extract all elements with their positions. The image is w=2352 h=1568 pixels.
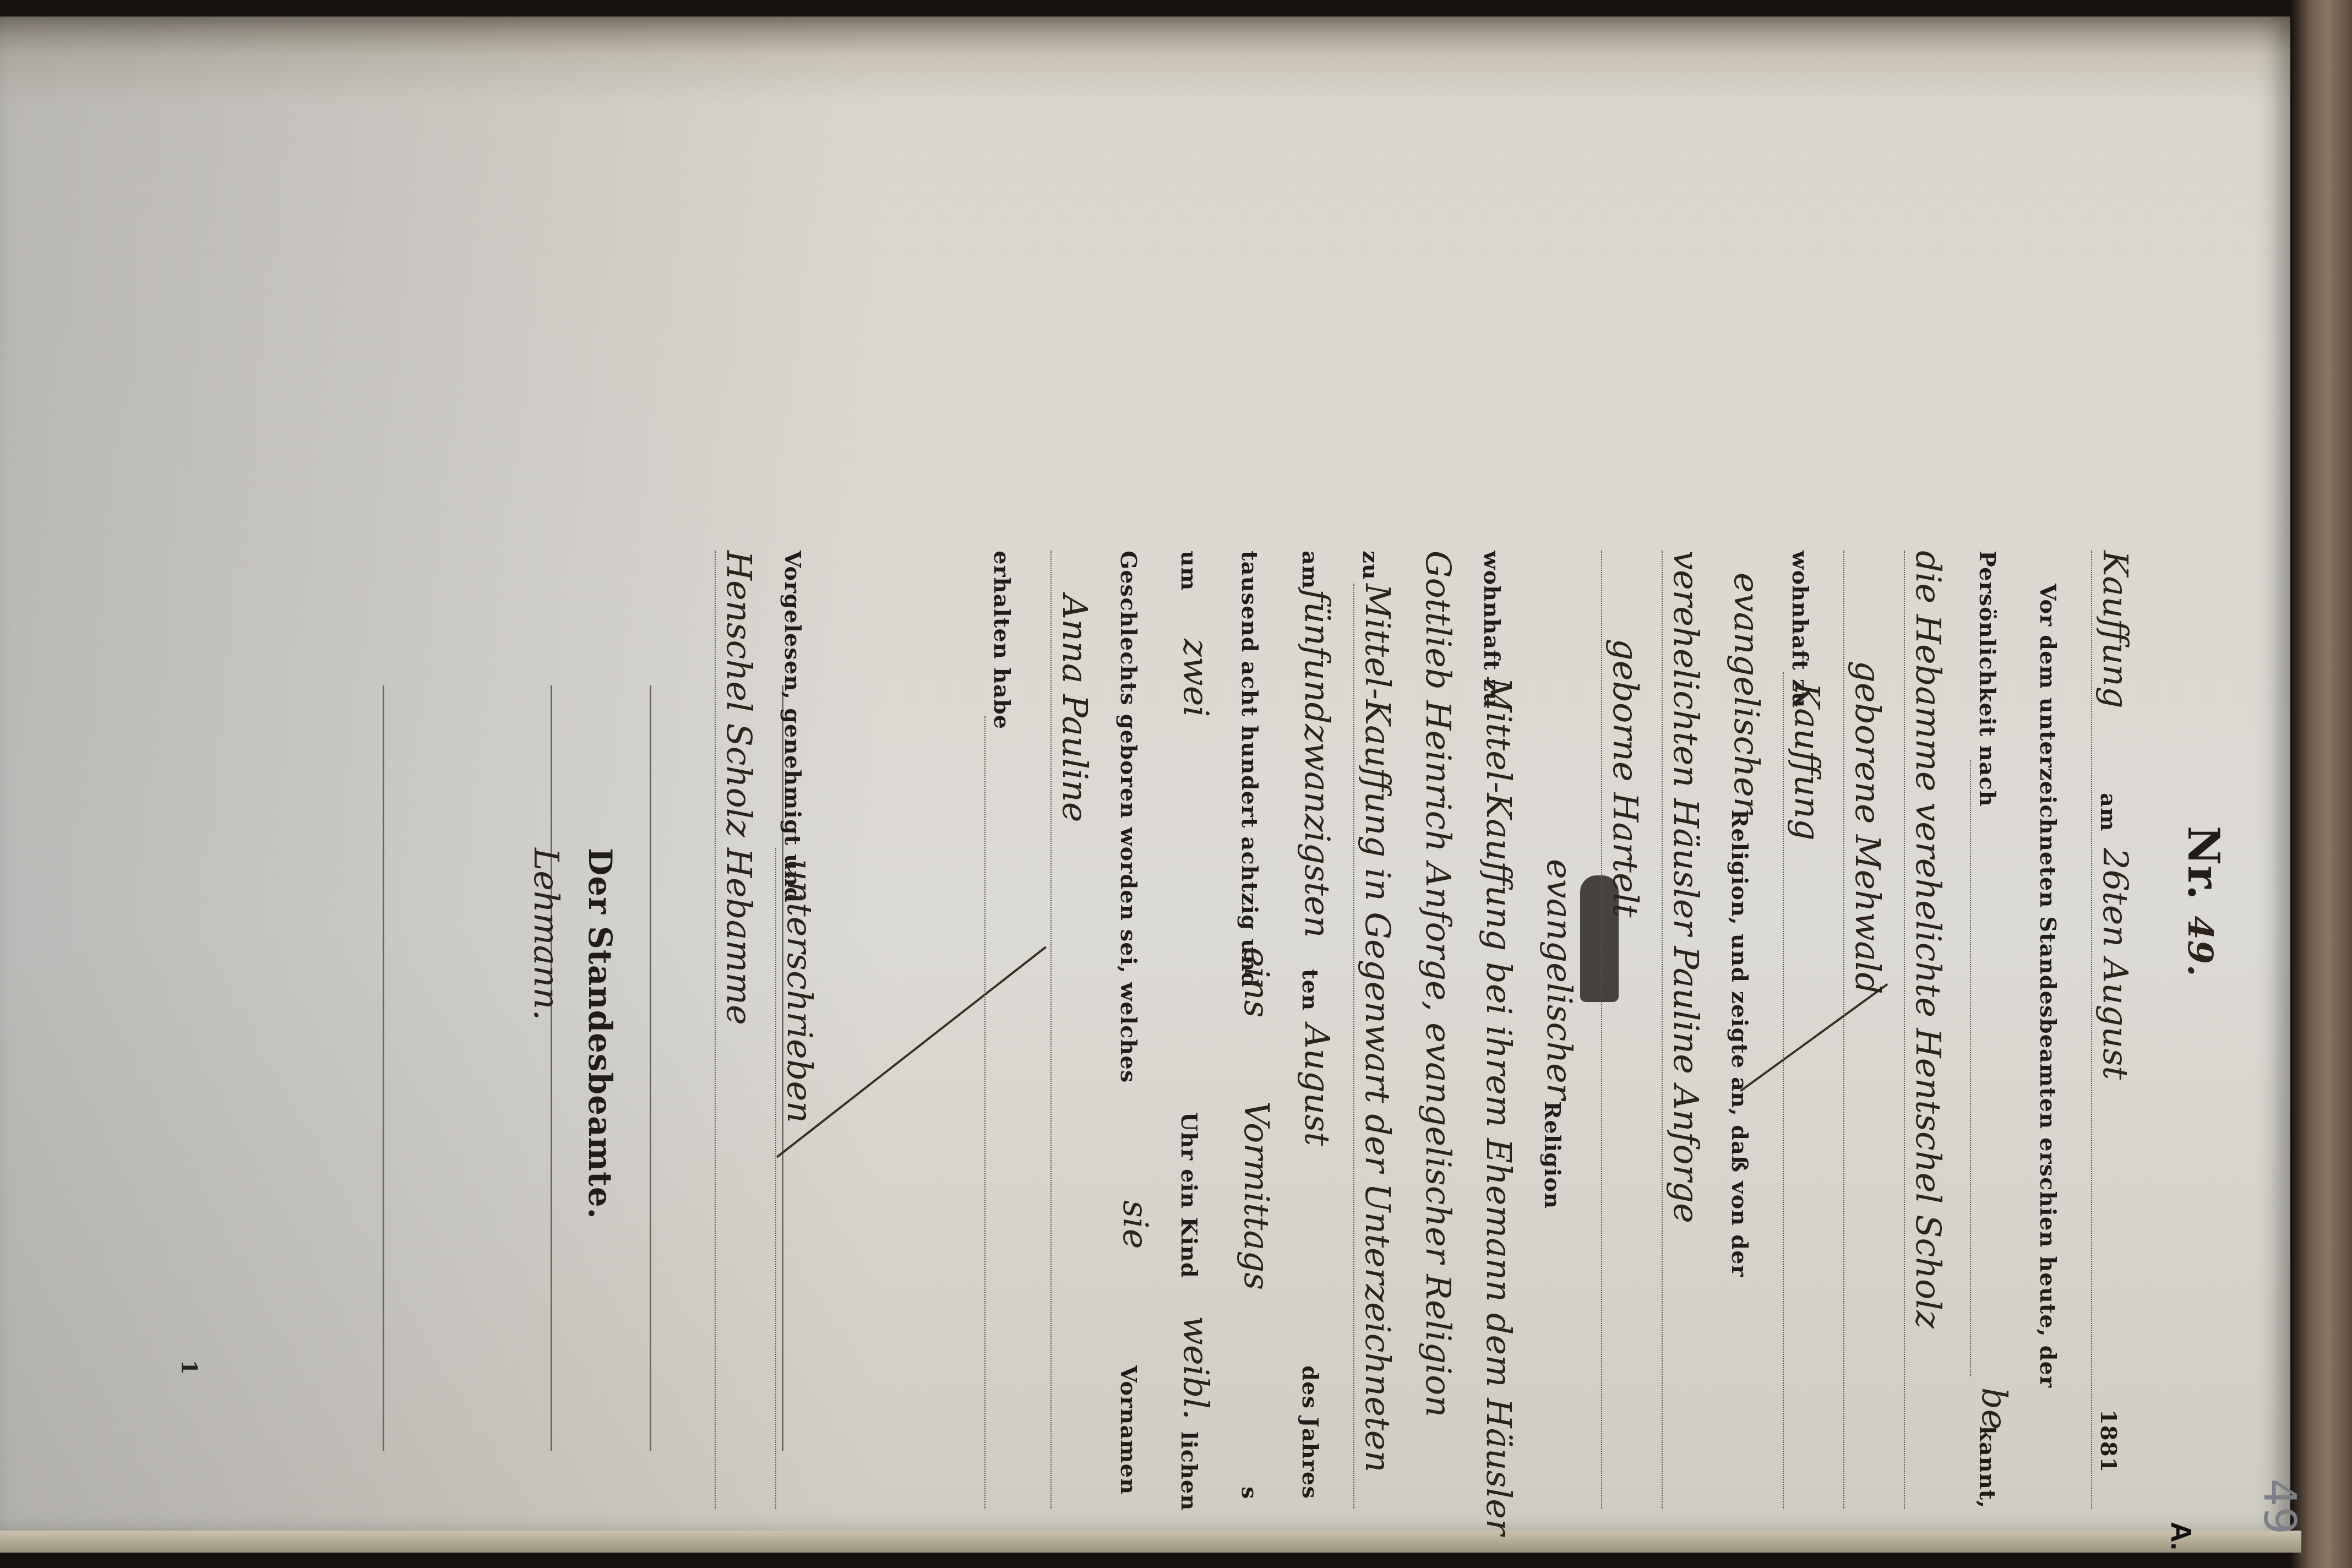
form-line-received: erhalten habe: [974, 551, 1035, 1509]
birth-record-form: Nr. 49. Kauffung am 26ten August 1881 Vo…: [352, 551, 2224, 1509]
pencil-folio-number: 49: [2254, 1479, 2305, 1535]
form-line-residence-2: wohnhaft zu Mittel-Kauffung bei ihrem Eh…: [1464, 551, 1525, 1509]
hand-child-name: Anna Pauline: [1055, 595, 1095, 822]
page-edge: [0, 1531, 2301, 1553]
form-line-religion-1: evangelischer Religion, und zeigte an, d…: [1712, 551, 1773, 1509]
form-line-birth-time: um zwei Uhr ein Kind weibl. lichen: [1162, 551, 1222, 1509]
form-line-read-approved: Vorgelesen, genehmigt und unterschrieben: [765, 551, 826, 1509]
hand-date: 26ten August: [2095, 848, 2136, 1080]
form-line-mother-maiden: geborne Hartelt: [1591, 551, 1652, 1509]
form-line-residence: wohnhaft zu Kauffung: [1773, 551, 1833, 1509]
form-line-informant-signature: Henschel Scholz Hebamme: [705, 551, 765, 1509]
form-line-intro: Vor dem unterzeichneten Standesbeamten e…: [2021, 551, 2081, 1509]
print-am: am: [2095, 793, 2121, 831]
form-line-place-presence: zu Mittel-Kauffung in Gegenwart der Unte…: [1343, 551, 1404, 1509]
form-line-informant: die Hebamme verehelichte Hentschel Schol…: [1894, 551, 1954, 1509]
official-title: Der Standesbeamte.: [581, 848, 619, 1219]
form-line-sex: Geschlechts geboren worden sei, welches …: [1101, 551, 1162, 1509]
form-line-birth-year: tausend acht hundert achtzig und eins Vo…: [1222, 551, 1283, 1509]
form-line-birth-date: am fünfundzwanzigsten ten August des Jah…: [1283, 551, 1343, 1509]
official-signature-line: Lehmann.: [512, 551, 573, 1509]
entry-prefix: Nr.: [2178, 826, 2228, 900]
form-line-religion-2: evangelischer Religion: [1525, 551, 1586, 1509]
hand-place: Kauffung: [2095, 551, 2136, 709]
form-line-father: Gottlieb Heinrich Anforge, evangelischer…: [1404, 551, 1464, 1509]
hand-informant-signature: Henschel Scholz Hebamme: [719, 551, 759, 1025]
page-number: 1: [176, 1360, 202, 1375]
official-block: Der Standesbeamte.: [567, 551, 628, 1509]
official-signature: Lehmann.: [526, 848, 567, 1020]
form-line-child-name: Anna Pauline: [1041, 551, 1101, 1509]
print-year: 1881: [2095, 1409, 2121, 1473]
form-line-identity: Persönlichkeit nach be kannt,: [1960, 551, 2021, 1509]
form-line-place-date: Kauffung am 26ten August 1881: [2081, 551, 2142, 1509]
hand-mother: verehelichten Häusler Pauline Anforge: [1666, 551, 1706, 1223]
register-letter: A.: [2164, 1522, 2197, 1550]
entry-number: Nr. 49.: [2164, 551, 2224, 1509]
entry-number-value: 49.: [2180, 916, 2220, 977]
wooden-table: [2291, 0, 2352, 1568]
form-line-informant-maiden: geborene Mehwald: [1833, 551, 1894, 1509]
form-line-mother: verehelichten Häusler Pauline Anforge: [1652, 551, 1712, 1509]
hand-informant: die Hebamme verehelichte Hentschel Schol…: [1908, 551, 1948, 1329]
hand-father: Gottlieb Heinrich Anforge, evangelischer…: [1418, 551, 1458, 1417]
